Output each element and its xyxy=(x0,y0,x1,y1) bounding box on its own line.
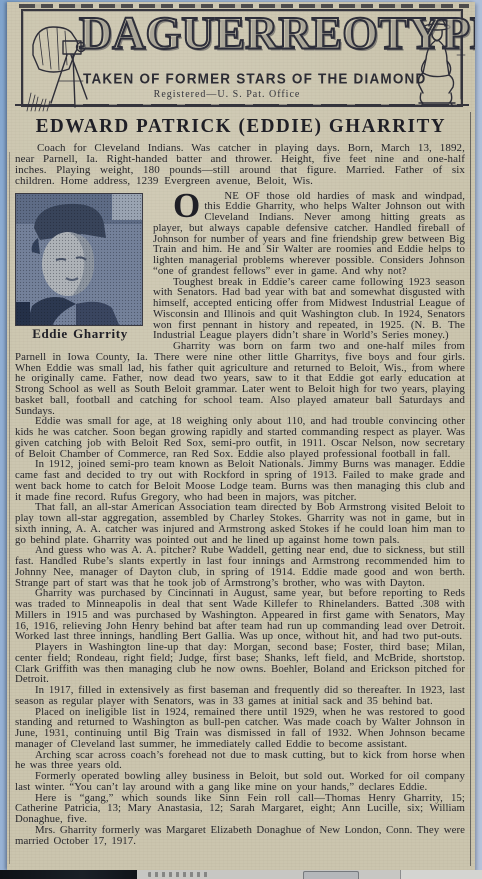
paragraph: Placed on ineligible list in 1924, remai… xyxy=(15,707,465,750)
paragraph: That fall, an all-star American Associat… xyxy=(15,502,465,545)
paragraph: Arching scar across coach’s forehead not… xyxy=(15,750,465,772)
column-rule-right xyxy=(470,112,471,866)
portrait-photo xyxy=(15,193,143,326)
photo-caption: Eddie Gharrity xyxy=(15,329,145,340)
underlying-image xyxy=(0,870,137,879)
paragraph: And guess who was A. A. pitcher? Rube Wa… xyxy=(15,545,465,588)
paragraph: Here is “gang,” which sounds like Sinn F… xyxy=(15,793,465,825)
masthead-title: DAGUERREOTYPES xyxy=(79,6,415,59)
article-body: Eddie Gharrity ONE OF those old hardies … xyxy=(15,191,465,847)
underlying-text-fragment xyxy=(148,872,208,877)
newspaper-clipping: DAGUERREOTYPES TAKEN OF FORMER STARS OF … xyxy=(7,2,475,870)
paragraph: Gharrity was born on farm two and one-ha… xyxy=(15,341,465,416)
dropcap: O xyxy=(153,191,204,219)
masthead-rule xyxy=(15,104,469,106)
underlying-window-strip xyxy=(0,870,482,879)
masthead-subtitle: TAKEN OF FORMER STARS OF THE DIAMOND xyxy=(83,70,401,87)
paragraph: Players in Washington line-up that day: … xyxy=(15,642,465,685)
underlying-panel xyxy=(401,870,482,879)
column-rule-left xyxy=(9,152,10,864)
underlying-button[interactable] xyxy=(303,871,359,879)
masthead: DAGUERREOTYPES TAKEN OF FORMER STARS OF … xyxy=(21,9,463,107)
paragraph: In 1917, filled in extensively as first … xyxy=(15,685,465,707)
paragraph: Mrs. Gharrity formerly was Margaret Eliz… xyxy=(15,825,465,847)
paragraph: Formerly operated bowling alley business… xyxy=(15,771,465,793)
paragraph: Eddie was small for age, at 18 weighing … xyxy=(15,416,465,459)
masthead-registered: Registered—U. S. Pat. Office xyxy=(23,89,431,100)
photo-block: Eddie Gharrity xyxy=(15,193,145,340)
article-intro: Coach for Cleveland Indians. Was catcher… xyxy=(15,143,465,187)
paragraph: Gharrity was purchased by Cincinnati in … xyxy=(15,588,465,642)
article-headline: EDWARD PATRICK (EDDIE) GHARRITY xyxy=(7,115,475,138)
paragraph: In 1912, joined semi-pro team known as B… xyxy=(15,459,465,502)
